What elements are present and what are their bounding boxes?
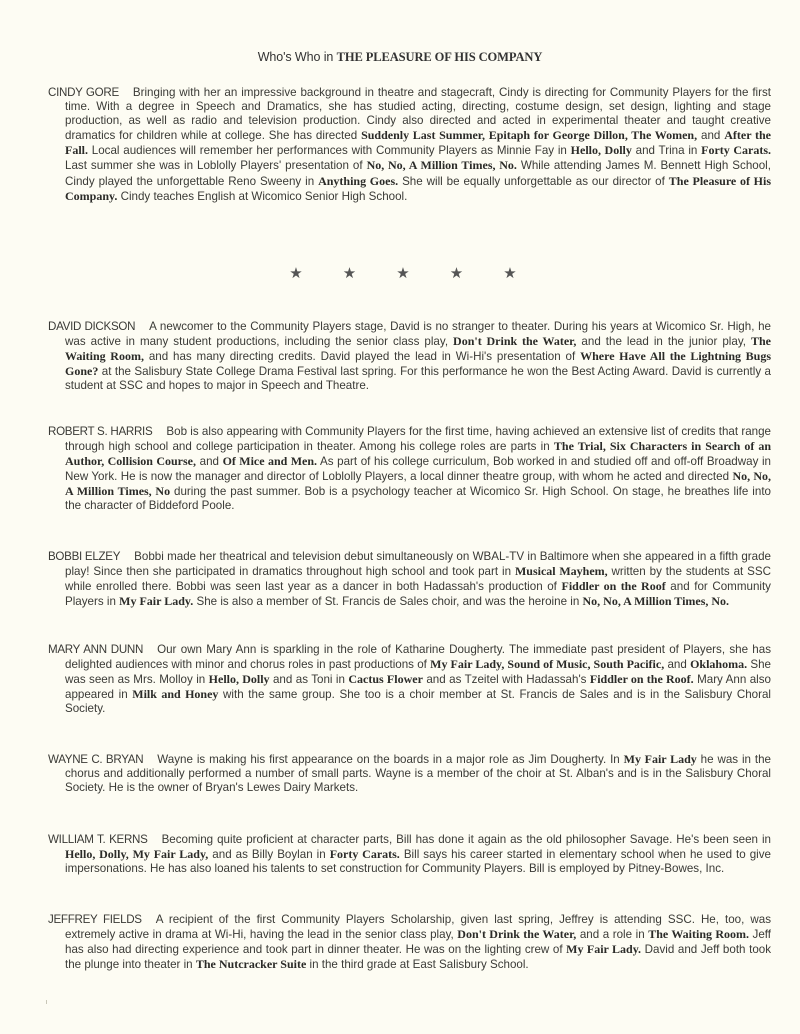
bio-text: and has many directing credits. David pl… (144, 350, 580, 363)
bio-cindy-gore: CINDY GOREBringing with her an impressiv… (48, 86, 771, 204)
bio-text: Last summer she was in Loblolly Players'… (65, 159, 367, 172)
star-icon: ★ (449, 264, 465, 282)
production-title: Anything Goes. (318, 174, 398, 188)
bio-david-dickson: DAVID DICKSONA newcomer to the Community… (48, 320, 771, 393)
star-icon: ★ (502, 264, 518, 282)
production-title: Fiddler on the Roof. (590, 672, 694, 686)
cast-member-name: MARY ANN DUNN (48, 643, 143, 656)
production-title: The Nutcracker Suite (196, 957, 306, 971)
bio-text: Becoming quite proficient at character p… (162, 833, 771, 846)
bio-text: Cindy teaches English at Wicomico Senior… (117, 190, 407, 203)
star-divider: ★★★★★ (288, 264, 518, 282)
show-title: THE PLEASURE OF HIS COMPANY (337, 50, 543, 64)
production-title: Don't Drink the Water, (457, 927, 576, 941)
bio-text: and (697, 129, 724, 142)
bio-text: and as Billy Boylan in (208, 848, 329, 861)
production-title: Hello, Dolly, My Fair Lady, (65, 847, 208, 861)
production-title: My Fair Lady, Sound of Music, South Paci… (430, 657, 664, 671)
bio-william-kerns: WILLIAM T. KERNSBecoming quite proficien… (48, 833, 771, 876)
bio-text: Local audiences will remember her perfor… (88, 144, 571, 157)
bio-text: She is also a member of St. Francis de S… (193, 595, 582, 608)
production-title: Oklahoma. (690, 657, 747, 671)
bio-text: and the lead in the junior play, (576, 335, 751, 348)
bio-mary-ann-dunn: MARY ANN DUNNOur own Mary Ann is sparkli… (48, 643, 771, 716)
production-title: Cactus Flower (348, 672, 423, 686)
production-title: Hello, Dolly (571, 143, 632, 157)
cast-member-name: WILLIAM T. KERNS (48, 833, 148, 846)
paper-speck (46, 1000, 47, 1004)
production-title: Musical Mayhem, (515, 564, 608, 578)
production-title: No, No, A Million Times, No. (367, 158, 517, 172)
bio-text: and (664, 658, 690, 671)
production-title: Of Mice and Men. (223, 454, 317, 468)
bio-jeffrey-fields: JEFFREY FIELDSA recipient of the first C… (48, 913, 771, 972)
bio-robert-harris: ROBERT S. HARRISBob is also appearing wi… (48, 425, 771, 514)
cast-member-name: CINDY GORE (48, 86, 119, 99)
bio-bobbi-elzey: BOBBI ELZEYBobbi made her theatrical and… (48, 550, 771, 609)
production-title: Fiddler on the Roof (562, 579, 666, 593)
production-title: Milk and Honey (132, 687, 218, 701)
program-page: Who's Who in THE PLEASURE OF HIS COMPANY… (0, 0, 800, 1034)
bio-text: She will be equally unforgettable as our… (398, 175, 669, 188)
production-title: No, No, A Million Times, No. (582, 594, 729, 608)
bio-text: Wayne is making his first appearance on … (157, 753, 623, 766)
bio-text: and Trina in (632, 144, 701, 157)
bio-text: and a role in (576, 928, 648, 941)
cast-member-name: ROBERT S. HARRIS (48, 425, 152, 438)
production-title: Hello, Dolly (209, 672, 270, 686)
star-icon: ★ (395, 264, 411, 282)
page-title: Who's Who in THE PLEASURE OF HIS COMPANY (0, 50, 800, 65)
production-title: The Waiting Room. (648, 927, 749, 941)
cast-member-name: JEFFREY FIELDS (48, 913, 142, 926)
production-title: Forty Carats. (701, 143, 771, 157)
star-icon: ★ (288, 264, 304, 282)
cast-member-name: WAYNE C. BRYAN (48, 753, 143, 766)
production-title: My Fair Lady. (119, 594, 193, 608)
bio-text: and as Toni in (270, 673, 349, 686)
production-title: Suddenly Last Summer, Epitaph for George… (361, 128, 697, 142)
bio-text: in the third grade at East Salisbury Sch… (306, 958, 528, 971)
cast-member-name: BOBBI ELZEY (48, 550, 120, 563)
production-title: Forty Carats. (330, 847, 400, 861)
bio-text: at the Salisbury State College Drama Fes… (65, 365, 771, 392)
title-prefix: Who's Who in (258, 50, 337, 64)
production-title: My Fair Lady (624, 752, 697, 766)
bio-text: and as Tzeitel with Hadassah's (423, 673, 590, 686)
bio-wayne-bryan: WAYNE C. BRYANWayne is making his first … (48, 752, 771, 795)
production-title: Don't Drink the Water, (453, 334, 576, 348)
bio-text: and (196, 455, 223, 468)
bio-text: during the past summer. Bob is a psychol… (65, 485, 771, 512)
cast-member-name: DAVID DICKSON (48, 320, 135, 333)
star-icon: ★ (342, 264, 358, 282)
production-title: My Fair Lady. (566, 942, 641, 956)
